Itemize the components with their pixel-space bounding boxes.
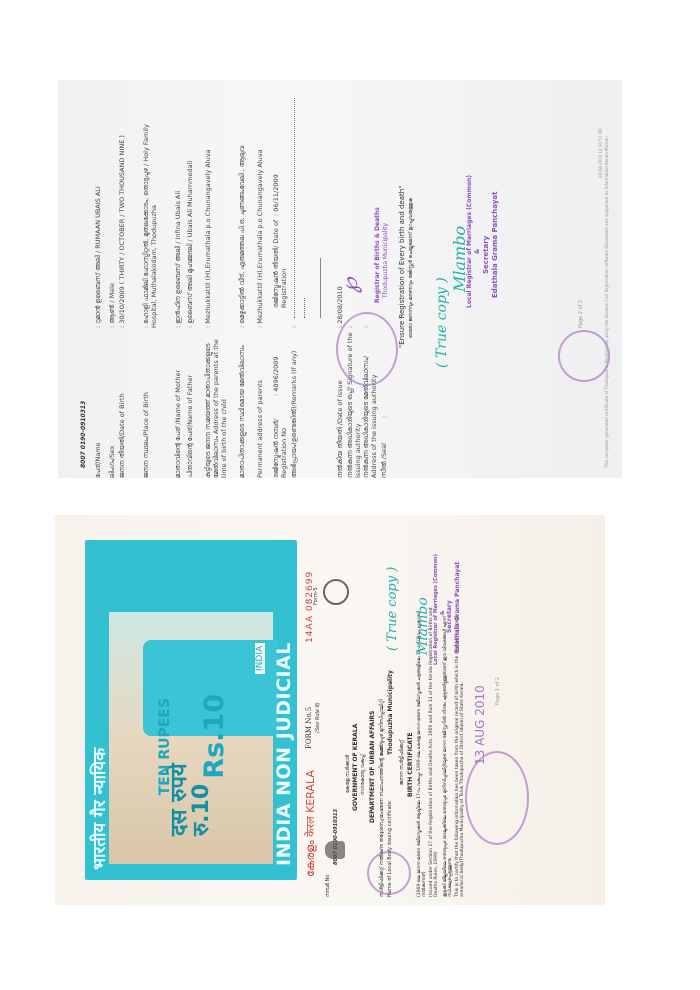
field-value: : Mezhukkattil (H),Erumathala p.o Chunan… (256, 98, 264, 328)
non-judicial-stamp: भारतीय गैर न्यायिक दस रुपये रु.10 INDIA … (85, 540, 297, 880)
registration-date-label: രജിസ്ട്രേഷൻ തീയതി/ Date of Registration (272, 218, 288, 308)
attestation-signature: Mlambo (415, 597, 431, 655)
page-1-content: भारतीय गैर न्यायिक दस रुपये रु.10 INDIA … (55, 515, 605, 905)
attestation-line: Edathala Grama Panchayat (454, 562, 461, 653)
footer-note: This computer generated certificate of T… (604, 88, 609, 468)
certify-malayalam: ഇടുക്കി ജില്ലയിലെ തൊടുപുഴ താലൂക്കിലെ തൊട… (443, 597, 453, 897)
certificate-title-malayalam: ജനന സർട്ടിഫിക്കറ്റ് (399, 740, 405, 785)
form-number: FORM No.5 (305, 707, 313, 749)
government-title: GOVERNMENT OF KERALA (352, 724, 359, 811)
stamp-serial-number: 14AA 082699 (305, 571, 315, 643)
field-label: കുട്ടിയുടെ ജനന സമയത്ത് മാതാപിതാക്കളുടെ മ… (204, 328, 228, 478)
stamp-state: കേരളം केरल KERALA (303, 770, 318, 877)
certificate-page-2: 8007 0190-0910313 പേര്/Name : റുമാൻ ഉബൈസ… (58, 80, 622, 478)
certificate-page-1: भारतीय गैर न्यायिक दस रुपये रु.10 INDIA … (55, 515, 605, 905)
stamp-inner-panel: दस रुपये रु.10 INDIA TEN RUPEES Rs.10 (109, 612, 273, 864)
field-value: : 4096/2009 (272, 336, 280, 396)
field-value: : ഹോളി ഫാമിലി ഹോസ്പിറ്റൽ, മുതലക്കോടം, തൊ… (142, 98, 158, 328)
field-value: : ആൺ / Male (108, 98, 116, 328)
registrar-stamp-line: Registrar of Births & Deaths (374, 207, 381, 303)
page-number: Page 2 of 2 (578, 300, 584, 328)
department-title: DEPARTMENT OF URBAN AFFAIRS (369, 711, 376, 823)
remarks-line (320, 258, 321, 318)
form-tag: Form-5 (313, 587, 319, 605)
slogan: "Ensure Registration of Every birth and … (398, 186, 406, 348)
field-label: ലിംഗം/Sex (108, 328, 116, 478)
remarks-line (294, 98, 295, 318)
registration-date-value: : 06/11/2009 (272, 136, 280, 216)
field-value: : ഉബൈസ് അലി മുഹമ്മദലി / Ubais Ali Muhamm… (186, 98, 194, 328)
stamp-india-tag: INDIA (255, 643, 265, 674)
remarks-line (304, 298, 305, 318)
attestation-line: Secretary (446, 600, 453, 633)
handwritten-true-copy: ( True copy ) (434, 277, 450, 368)
authority-value-malayalam: തൊടുപുഴ മുനിസിപ്പാലിറ്റി (379, 700, 385, 755)
page-number: Page 1 of 2 (495, 677, 501, 705)
handwritten-true-copy: ( True copy ) (385, 567, 400, 651)
certificate-title: BIRTH CERTIFICATE (407, 732, 414, 797)
stamp-hindi-title: भारतीय गैर न्यायिक (87, 748, 110, 870)
field-value: : (362, 98, 370, 328)
official-seal (465, 751, 529, 845)
slogan-malayalam: ഓരോ ജനനവും മരണവും രജിസ്റ്റർ ചെയ്യുമെന്ന്… (408, 198, 414, 338)
department-malayalam: നഗരകാര്യ വകുപ്പ് (360, 754, 366, 795)
footer-timestamp: 28-08-2010 12:30:57 PM (598, 128, 603, 178)
official-seal (367, 851, 411, 895)
field-label: ജനന സ്ഥലം/Place of Birth (142, 328, 150, 478)
field-value: : 28/08/2010 (336, 98, 344, 328)
number-label: നമ്പർ No (325, 875, 331, 897)
certificate-number: 8007 0190-0910313 (80, 401, 87, 468)
attestation-line: & (474, 249, 481, 254)
field-label: ജനന തീയതി/Date of Birth (118, 328, 126, 478)
official-seal (558, 330, 610, 382)
attestation-line: Secretary (482, 236, 490, 274)
attestation-line: Local Registrar of Marriages (Common) (466, 175, 473, 308)
stamp-ten-rupees: TEN RUPEES (157, 698, 173, 795)
field-label: രജിസ്ട്രേഷൻ നമ്പർ/ Registration No (272, 398, 288, 478)
registrar-signature: ℘ (338, 278, 363, 293)
field-value: : Mezhukkattil (H),Erumathala p.o Chunan… (204, 98, 212, 328)
field-label: പേര്/Name (94, 328, 102, 478)
field-value: : മെഴുക്കാട്ടിൽ വീട്, എരുമത്തല പി.ഒ, ചുണ… (238, 98, 246, 328)
authority-value: Thodupuzha Municipality (387, 670, 394, 755)
official-seal (336, 312, 398, 386)
kerala-emblem-icon (325, 841, 345, 859)
attestation-line: Local Registrar of Marriages (Common) (433, 554, 439, 665)
stamp-rs-value: Rs.10 (199, 694, 230, 779)
field-label: പിതാവിന്റെ പേര്/Name of Father (186, 328, 194, 478)
field-value: : (346, 98, 354, 328)
registrar-stamp-line: Thodupuzha Municipality (382, 223, 389, 298)
field-label: മാതാവിന്റെ പേര് /Name of Mother (174, 328, 182, 478)
date-stamp: 13 AUG 2010 (473, 685, 487, 765)
field-label: മാതാപിതാക്കളുടെ സ്ഥിരമായ മേൽവിലാസം (238, 328, 246, 478)
field-label: അഭിപ്രായം(ഉണ്ടെങ്കിൽ)/Remarks (If any) (290, 328, 298, 478)
government-malayalam: കേരള സർക്കാർ (345, 755, 351, 793)
attestation-line: Edathala Grama Panchayat (491, 192, 499, 298)
logo-icon (323, 579, 349, 605)
stamp-india-non-judicial: INDIA NON JUDICIAL (273, 642, 295, 866)
field-value: : റുമാൻ ഉബൈസ് അലി / RUMAAN UBAIS ALI (94, 98, 102, 328)
see-rule: (See Rule 8) (315, 702, 321, 733)
page-2-content: 8007 0190-0910313 പേര്/Name : റുമാൻ ഉബൈസ… (58, 80, 622, 478)
field-value: : ഇൻഫിന ഉബൈസ് അലി / Infina Ubais Ali (174, 98, 182, 328)
field-label: Permanent address of parents (256, 328, 264, 478)
field-value: : 30/10/2009 ( THIRTY / OCTOBER / TWO TH… (118, 98, 126, 328)
